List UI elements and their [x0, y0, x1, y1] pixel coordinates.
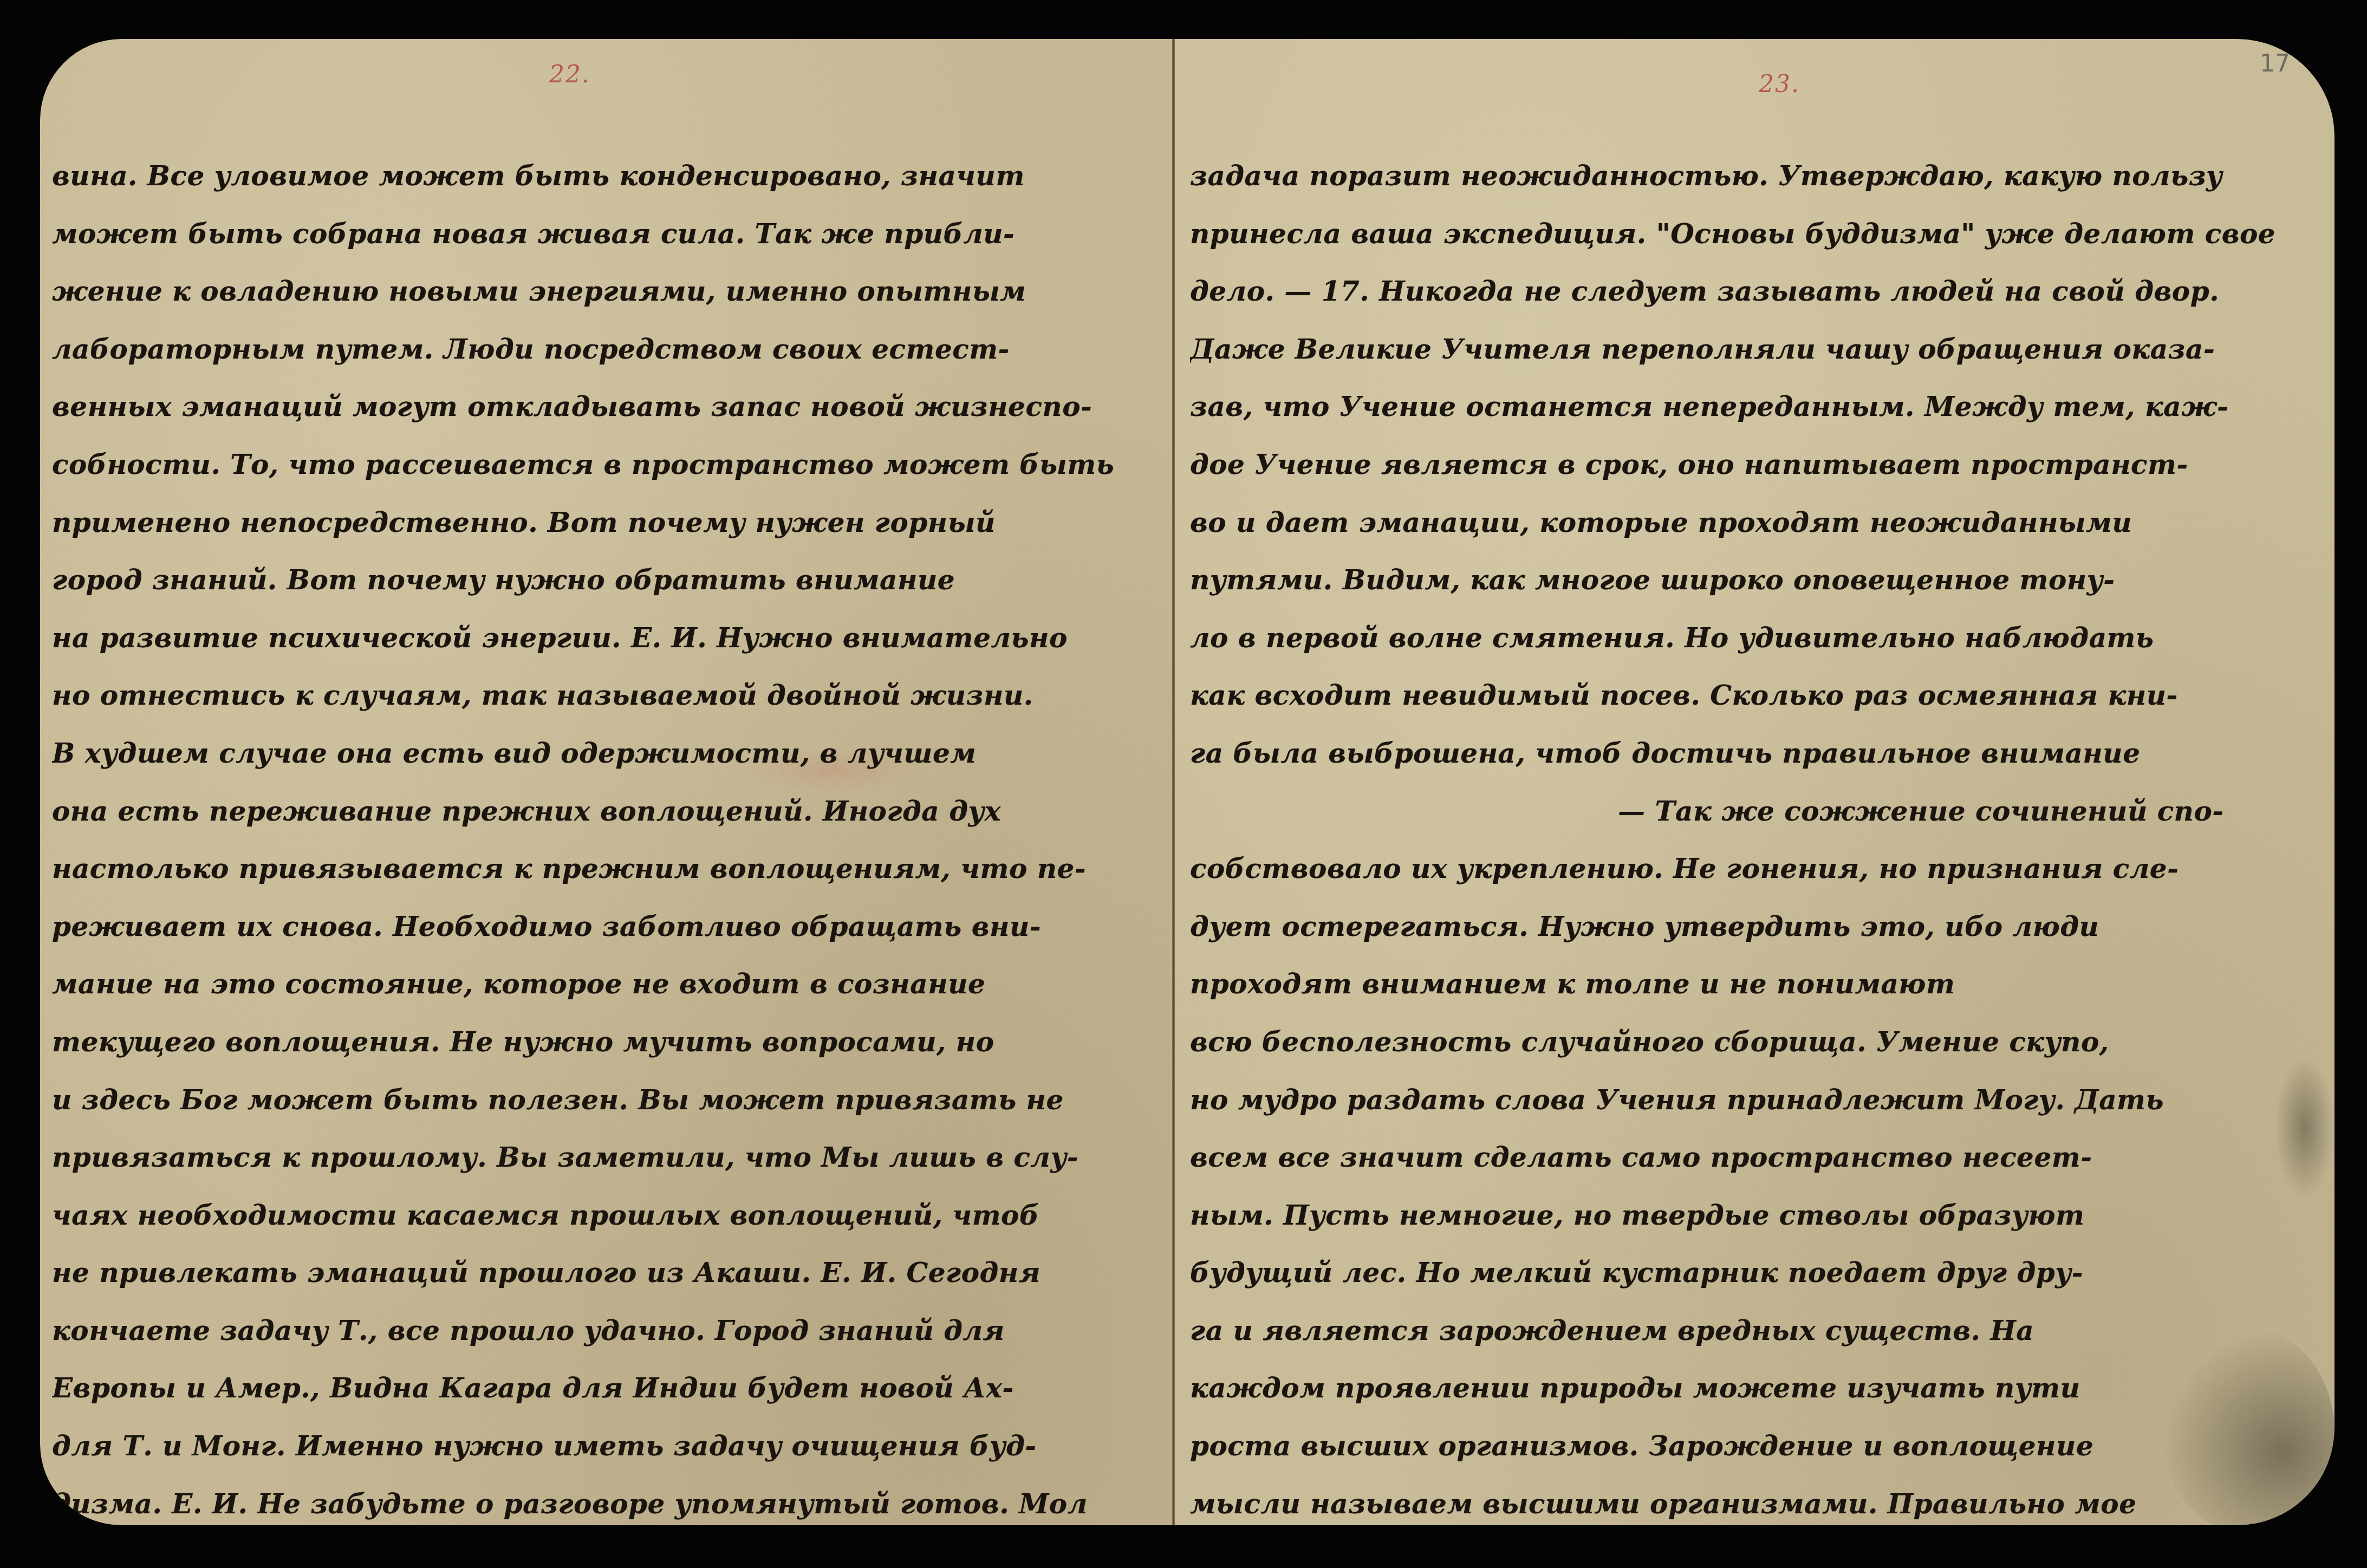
manuscript-line: дизма. Е. И. Не забудьте о разговоре упо… [52, 1475, 1159, 1525]
manuscript-line: на развитие психической энергии. Е. И. Н… [52, 609, 1159, 667]
manuscript-line: га и является зарождением вредных сущест… [1190, 1302, 2313, 1360]
manuscript-line: чаях необходимости касаемся прошлых вопл… [52, 1187, 1159, 1245]
manuscript-line: В худшем случае она есть вид одержимости… [52, 725, 1159, 783]
manuscript-line: проходят вниманием к толпе и не понимают [1190, 955, 2313, 1013]
manuscript-line: роста высших организмов. Зарождение и во… [1190, 1417, 2313, 1475]
manuscript-line: всем все значит сделать само пространств… [1190, 1129, 2313, 1187]
manuscript-line: Европы и Амер., Видна Кагара для Индии б… [52, 1359, 1159, 1417]
manuscript-line: она есть переживание прежних воплощений.… [52, 783, 1159, 841]
manuscript-line: всю бесполезность случайного сборища. Ум… [1190, 1013, 2313, 1071]
manuscript-line: во и дает эманации, которые проходят нео… [1190, 494, 2313, 552]
manuscript-line: путями. Видим, как многое широко оповеще… [1190, 551, 2313, 609]
manuscript-line: для Т. и Монг. Именно нужно иметь задачу… [52, 1417, 1159, 1475]
binding-gutter [1172, 39, 1175, 1525]
manuscript-line: дое Учение является в срок, оно напитыва… [1190, 436, 2313, 494]
manuscript-line: каждом проявлении природы можете изучать… [1190, 1359, 2313, 1417]
manuscript-line: мание на это состояние, которое не входи… [52, 955, 1159, 1013]
manuscript-line: задача поразит неожиданностью. Утверждаю… [1190, 147, 2313, 205]
manuscript-line: принесла ваша экспедиция. "Основы буддиз… [1190, 205, 2313, 263]
manuscript-line: но мудро раздать слова Учения принадлежи… [1190, 1071, 2313, 1129]
manuscript-line: вина. Все уловимое может быть конденсиро… [52, 147, 1159, 205]
manuscript-line: кончаете задачу Т., все прошло удачно. Г… [52, 1302, 1159, 1360]
manuscript-line: Даже Великие Учителя переполняли чашу об… [1190, 321, 2313, 379]
left-page: 22. вина. Все уловимое может быть конден… [40, 39, 1174, 1525]
manuscript-line-indented: — Так же сожжение сочинений спо- [1190, 783, 2313, 841]
manuscript-line: настолько привязывается к прежним воплощ… [52, 840, 1159, 898]
manuscript-line: будущий лес. Но мелкий кустарник поедает… [1190, 1244, 2313, 1302]
notebook-spread: 22. вина. Все уловимое может быть конден… [40, 39, 2335, 1525]
manuscript-line: текущего воплощения. Не нужно мучить воп… [52, 1013, 1159, 1071]
manuscript-line: собствовало их укреплению. Не гонения, н… [1190, 840, 2313, 898]
manuscript-line: жение к овладению новыми энергиями, имен… [52, 263, 1159, 321]
page-number-left: 22. [549, 61, 590, 88]
manuscript-line: город знаний. Вот почему нужно обратить … [52, 551, 1159, 609]
manuscript-line: может быть собрана новая живая сила. Так… [52, 205, 1159, 263]
manuscript-line: мысли называем высшими организмами. Прав… [1190, 1475, 2313, 1525]
manuscript-line: и здесь Бог может быть полезен. Вы может… [52, 1071, 1159, 1129]
manuscript-line: как всходит невидимый посев. Сколько раз… [1190, 667, 2313, 725]
manuscript-line: не привлекать эманаций прошлого из Акаши… [52, 1244, 1159, 1302]
manuscript-line: га была выброшена, чтоб достичь правильн… [1190, 725, 2313, 783]
manuscript-line: привязаться к прошлому. Вы заметили, что… [52, 1129, 1159, 1187]
manuscript-line: венных эманаций могут откладывать запас … [52, 378, 1159, 436]
folio-number: 17 [2260, 50, 2290, 77]
manuscript-line: лабораторным путем. Люди посредством сво… [52, 321, 1159, 379]
page-number-right: 23. [1759, 70, 1800, 98]
manuscript-line: зав, что Учение останется непереданным. … [1190, 378, 2313, 436]
manuscript-line: но отнестись к случаям, так называемой д… [52, 667, 1159, 725]
manuscript-line: реживает их снова. Необходимо заботливо … [52, 898, 1159, 956]
right-page-text: задача поразит неожиданностью. Утверждаю… [1190, 147, 2313, 1525]
manuscript-line: собности. То, что рассеивается в простра… [52, 436, 1159, 494]
right-page: 23. 17 задача поразит неожиданностью. Ут… [1174, 39, 2335, 1525]
left-page-text: вина. Все уловимое может быть конденсиро… [52, 147, 1159, 1525]
manuscript-line: дело. — 17. Никогда не следует зазывать … [1190, 263, 2313, 321]
manuscript-line: ным. Пусть немногие, но твердые стволы о… [1190, 1187, 2313, 1245]
manuscript-line: применено непосредственно. Вот почему ну… [52, 494, 1159, 552]
manuscript-line: дует остерегаться. Нужно утвердить это, … [1190, 898, 2313, 956]
manuscript-line: ло в первой волне смятения. Но удивитель… [1190, 609, 2313, 667]
